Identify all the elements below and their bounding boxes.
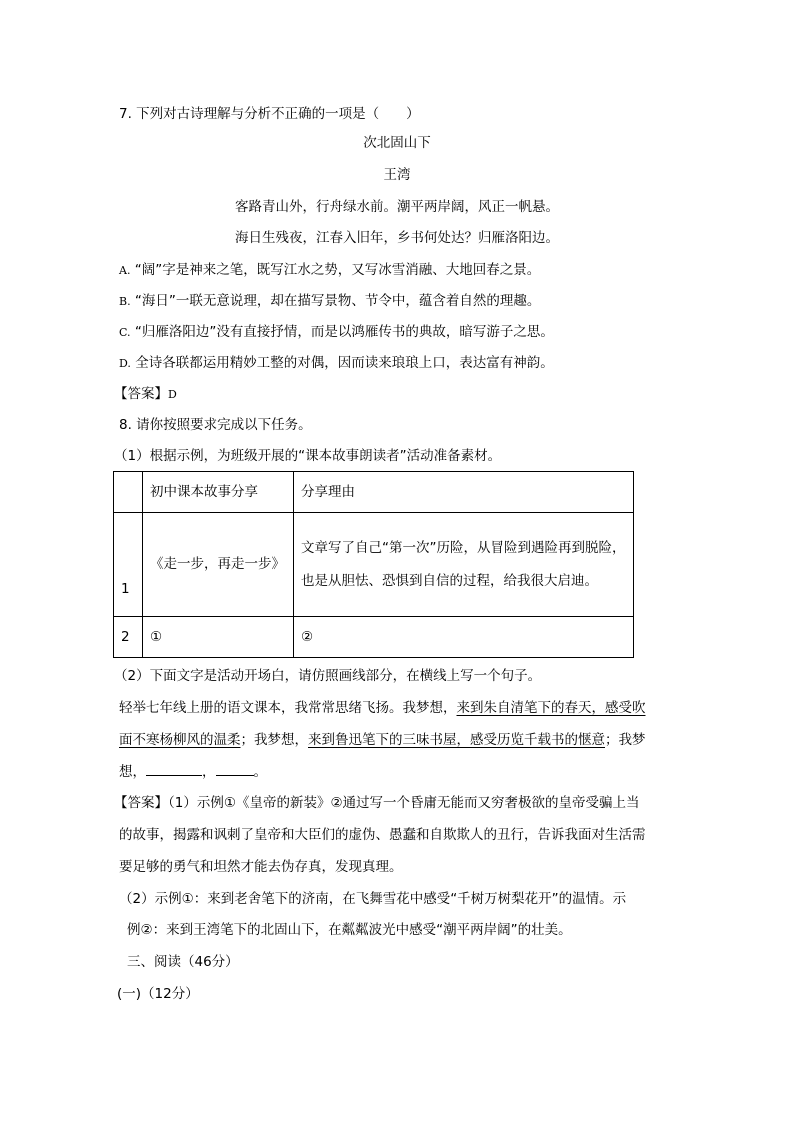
table-header-index — [114, 472, 143, 513]
question-8-part-2: （2）下面文字是活动开场白，请仿照画线部分，在横线上写一个句子。 — [114, 667, 541, 685]
option-d-label: D. — [119, 357, 131, 370]
answer-value: D — [168, 388, 177, 401]
underlined-example-1: 来到朱自清笔下的春天，感受吹 — [457, 700, 646, 716]
option-c-text: “归雁洛阳边”没有直接抒情，而是以鸿雁传书的典故，暗写游子之思。 — [135, 324, 554, 340]
underlined-example-2: 来到鲁迅笔下的三味书屋，感受历览千载书的惬意 — [308, 732, 605, 748]
passage-text: ；我梦 — [605, 732, 646, 748]
table-header-row: 初中课本故事分享 分享理由 — [114, 472, 634, 513]
table-header-reason: 分享理由 — [294, 472, 634, 513]
option-a: A. “阔”字是神来之笔，既写江水之势，又写冰雪消融、大地回春之景。 — [119, 261, 540, 280]
option-b-label: B. — [119, 295, 131, 308]
passage-text: 。 — [254, 764, 268, 780]
question-8-answer-line-1: 【答案】（1）示例①《皇帝的新装》②通过写一个昏庸无能而又穷奢极欲的皇帝受骗上当 — [114, 794, 640, 812]
question-8-answer-line-2: 的故事，揭露和讽刺了皇帝和大臣们的虚伪、愚蠢和自欺欺人的丑行，告诉我面对生活需 — [119, 826, 646, 844]
option-a-label: A. — [119, 264, 130, 277]
option-b: B. “海日”一联无意说理，却在描写景物、节令中，蕴含着自然的理趣。 — [119, 292, 540, 311]
table-cell-story-blank[interactable]: ① — [143, 617, 294, 658]
table-cell-reason-blank[interactable]: ② — [294, 617, 634, 658]
question-7-stem: 7. 下列对古诗理解与分析不正确的一项是（ ） — [119, 105, 420, 123]
answer-tag: 【答案】 — [114, 386, 168, 402]
underlined-example-1-cont: 面不寒杨柳风的温柔 — [119, 732, 241, 748]
option-a-text: “阔”字是神来之笔，既写江水之势，又写冰雪消融、大地回春之景。 — [135, 262, 541, 278]
table-row: 1 《走一步，再走一步》 文章写了自己“第一次”历险，从冒险到遇险再到脱险，也是… — [114, 513, 634, 617]
question-8-answer-line-4: （2）示例①：来到老舍笔下的济南，在飞舞雪花中感受“千树万树梨花开”的温情。示 — [119, 890, 626, 908]
answer-text: （1）示例①《皇帝的新装》②通过写一个昏庸无能而又穷奢极欲的皇帝受骗上当 — [168, 795, 640, 811]
table-header-story: 初中课本故事分享 — [143, 472, 294, 513]
table-cell-index: 1 — [114, 513, 143, 617]
table-cell-index: 2 — [114, 617, 143, 658]
passage-line-1: 轻举七年线上册的语文课本，我常常思绪飞扬。我梦想，来到朱自清笔下的春天，感受吹 — [119, 699, 646, 717]
passage-line-2: 面不寒杨柳风的温柔；我梦想，来到鲁迅笔下的三味书屋，感受历览千载书的惬意；我梦 — [119, 731, 646, 749]
question-8-answer-line-5: 例②：来到王湾笔下的北固山下，在粼粼波光中感受“潮平两岸阔”的壮美。 — [127, 921, 572, 939]
question-7-answer: 【答案】D — [114, 385, 177, 404]
section-3-title: 三、阅读（46分） — [127, 953, 239, 971]
table-row: 2 ① ② — [114, 617, 634, 658]
table-cell-reason: 文章写了自己“第一次”历险，从冒险到遇险再到脱险，也是从胆怯、恐惧到自信的过程，… — [294, 513, 634, 617]
question-8-answer-line-3: 要足够的勇气和坦然才能去伪存真，发现真理。 — [119, 858, 403, 876]
option-c: C. “归雁洛阳边”没有直接抒情，而是以鸿雁传书的典故，暗写游子之思。 — [119, 323, 554, 342]
passage-text: ；我梦想， — [241, 732, 309, 748]
option-d-text: 全诗各联都运用精妙工整的对偶，因而读来琅琅上口，表达富有神韵。 — [135, 355, 554, 371]
passage-text: ， — [202, 764, 216, 780]
passage-text: 轻举七年线上册的语文课本，我常常思绪飞扬。我梦想， — [119, 700, 457, 716]
option-b-text: “海日”一联无意说理，却在描写景物、节令中，蕴含着自然的理趣。 — [135, 293, 541, 309]
question-8-stem: 8. 请你按照要求完成以下任务。 — [119, 416, 312, 434]
option-d: D. 全诗各联都运用精妙工整的对偶，因而读来琅琅上口，表达富有神韵。 — [119, 354, 554, 373]
poem-title: 次北固山下 — [0, 134, 794, 152]
fill-blank-1[interactable] — [146, 763, 202, 776]
section-3-subtitle: (一)（12分） — [117, 985, 199, 1003]
poem-author: 王湾 — [0, 166, 794, 184]
story-share-table: 初中课本故事分享 分享理由 1 《走一步，再走一步》 文章写了自己“第一次”历险… — [113, 471, 634, 658]
poem-line-2: 海日生残夜，江春入旧年，乡书何处达？归雁洛阳边。 — [0, 229, 794, 247]
poem-line-1: 客路青山外，行舟绿水前。潮平两岸阔，风正一帆悬。 — [0, 198, 794, 216]
option-c-label: C. — [119, 326, 131, 339]
table-cell-story: 《走一步，再走一步》 — [143, 513, 294, 617]
question-8-part-1: （1）根据示例，为班级开展的“课本故事朗读者”活动准备素材。 — [114, 447, 501, 465]
fill-blank-2[interactable] — [216, 763, 254, 776]
passage-line-3: 想，，。 — [119, 763, 267, 781]
passage-text: 想， — [119, 764, 146, 780]
answer-tag: 【答案】 — [114, 795, 168, 811]
